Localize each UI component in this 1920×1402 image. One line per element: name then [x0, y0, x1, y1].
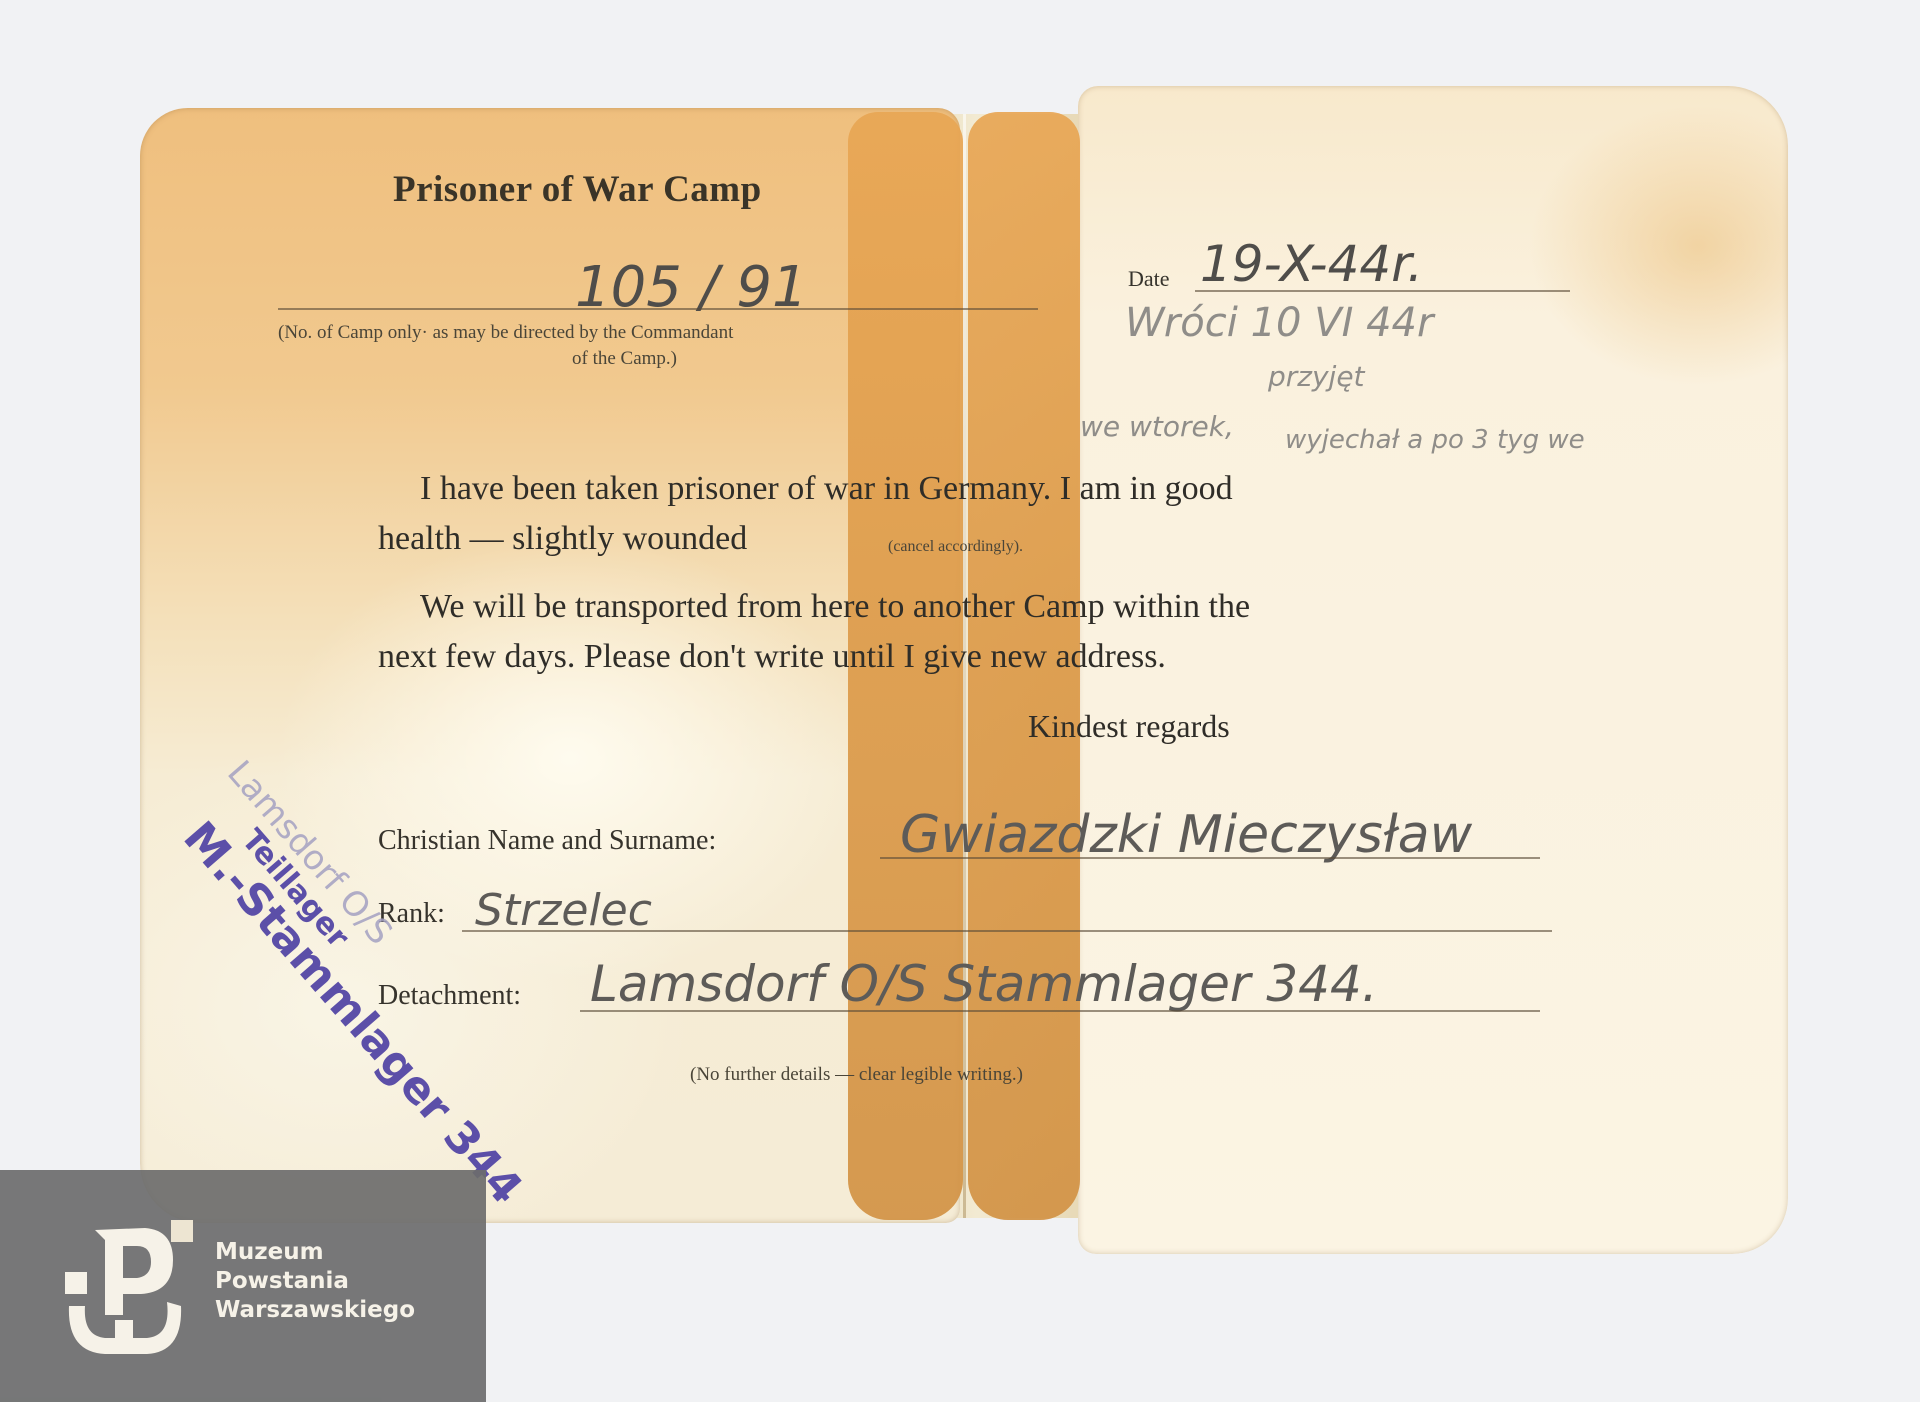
- body-para1-note: (cancel accordingly).: [888, 538, 1023, 556]
- document-title: Prisoner of War Camp: [393, 168, 762, 211]
- detachment-rule: [580, 1010, 1540, 1012]
- museum-logo-text: Muzeum Powstania Warszawskiego: [215, 1238, 415, 1325]
- margin-note-3: we wtorek,: [1080, 410, 1234, 443]
- camp-number-rule: [278, 308, 1038, 310]
- logo-line-1: Muzeum: [215, 1238, 415, 1267]
- body-para1-line2: health — slightly wounded: [378, 520, 747, 558]
- footer-note: (No further details — clear legible writ…: [690, 1064, 1023, 1086]
- rank-rule: [462, 930, 1552, 932]
- body-para2-line2: next few days. Please don't write until …: [378, 638, 1166, 676]
- camp-number-handwritten: 105 / 91: [575, 255, 808, 320]
- rank-value: Strzelec: [475, 885, 652, 936]
- camp-note-line2: of the Camp.): [572, 348, 677, 370]
- closing-regards: Kindest regards: [1028, 708, 1230, 745]
- kotwica-anchor-icon: [65, 1220, 195, 1360]
- margin-note-1: Wróci 10 VI 44r: [1125, 300, 1433, 346]
- margin-note-4: wyjechał a po 3 tyg we: [1285, 425, 1585, 455]
- date-label: Date: [1128, 266, 1170, 292]
- card-right-half: [1078, 86, 1788, 1254]
- museum-logo-panel: Muzeum Powstania Warszawskiego: [0, 1170, 486, 1402]
- name-rule: [880, 857, 1540, 859]
- detachment-value: Lamsdorf O/S Stammlager 344.: [590, 955, 1378, 1013]
- name-value: Gwiazdzki Mieczysław: [900, 805, 1472, 865]
- logo-line-3: Warszawskiego: [215, 1296, 415, 1325]
- body-para1-line1: I have been taken prisoner of war in Ger…: [420, 470, 1233, 508]
- name-label: Christian Name and Surname:: [378, 825, 716, 857]
- logo-line-2: Powstania: [215, 1267, 415, 1296]
- body-para2-line1: We will be transported from here to anot…: [420, 588, 1250, 626]
- margin-note-2: przyjęt: [1268, 360, 1365, 393]
- camp-note-line1: (No. of Camp only· as may be directed by…: [278, 322, 733, 344]
- date-handwritten: 19-X-44r.: [1200, 235, 1423, 293]
- date-rule: [1195, 290, 1570, 292]
